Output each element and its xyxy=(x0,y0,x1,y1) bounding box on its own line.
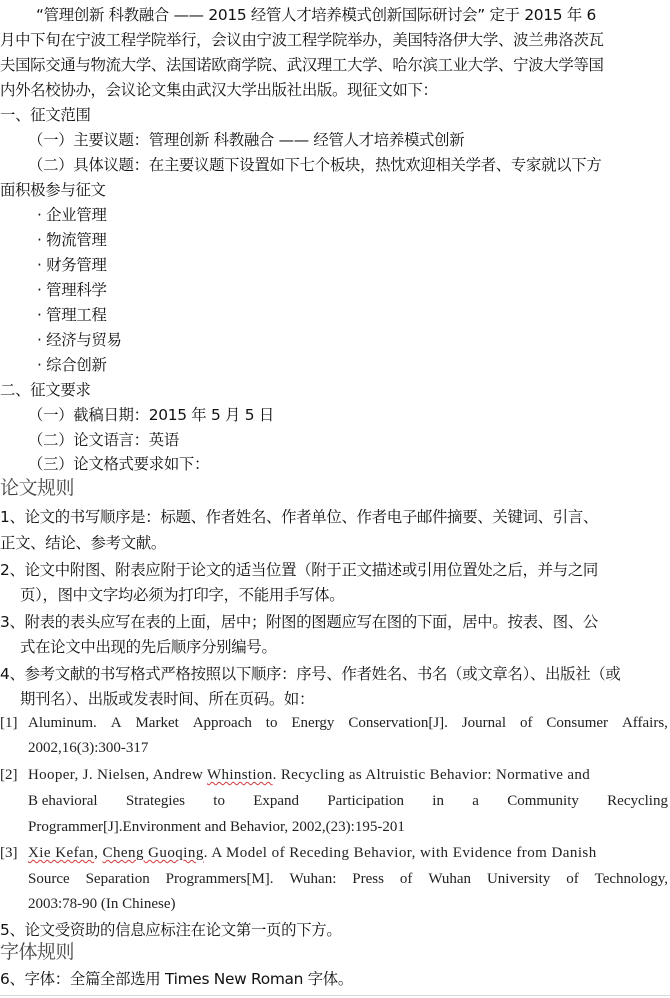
main-topic: （一）主要议题：管理创新 科教融合 —— 经管人才培养模式创新 xyxy=(28,130,464,150)
rule-5: 5、论文受资助的信息应标注在论文第一页的下方。 xyxy=(0,920,342,940)
specific-topic-line-1: （二）具体议题：在主要议题下设置如下七个板块，热忱欢迎相关学者、专家就以下方 xyxy=(28,155,601,175)
rule-1-line-1: 1、论文的书写顺序是：标题、作者姓名、作者单位、作者电子邮件摘要、关键词、引言、 xyxy=(0,507,598,527)
track-item: · 企业管理 xyxy=(37,205,107,225)
ref-word: Expand xyxy=(253,791,299,811)
rule-6: 6、字体：全篇全部选用 Times New Roman 字体。 xyxy=(0,969,353,989)
intro-line-4: 内外名校协办，会议论文集由武汉大学出版社出版。现征文如下： xyxy=(0,80,438,100)
spellcheck-flagged-word[interactable]: Cheng Guoqing xyxy=(103,845,204,861)
language: （二）论文语言：英语 xyxy=(28,430,179,450)
ref-word: in xyxy=(432,791,444,811)
rule-4-line-1: 4、参考文献的书写格式严格按照以下顺序：序号、作者姓名、书名（或文章名）、出版社… xyxy=(0,664,621,684)
reference-3-line-3: 2003:78-90 (In Chinese) xyxy=(28,894,175,914)
reference-1-line-1: Aluminum. A Market Approach to Energy Co… xyxy=(28,713,668,733)
ref-word: a xyxy=(472,791,479,811)
reference-3-line-2: Source Separation Programmers[M]. Wuhan:… xyxy=(28,869,668,889)
rule-2-line-1: 2、论文中附图、附表应附于论文的适当位置（附于正文描述或引用位置处之后，并与之同 xyxy=(0,560,598,580)
deadline: （一）截稿日期：2015 年 5 月 5 日 xyxy=(28,405,274,425)
ref-word: to xyxy=(213,791,225,811)
ref-text: . A Model of Receding Behavior, with Evi… xyxy=(204,845,597,861)
reference-2-line-3: Programmer[J].Environment and Behavior, … xyxy=(28,817,405,837)
section2-title: 二、征文要求 xyxy=(0,380,91,400)
ref-word: Approach xyxy=(193,713,252,733)
ref-text: , xyxy=(94,845,102,861)
track-item: · 综合创新 xyxy=(37,355,107,375)
spellcheck-flagged-word[interactable]: Whinstion xyxy=(207,767,273,783)
font-rules-heading: 字体规则 xyxy=(0,941,74,963)
ref-word: Separation xyxy=(86,869,150,889)
rule-1-line-2: 正文、结论、参考文献。 xyxy=(0,533,166,553)
section1-title: 一、征文范围 xyxy=(0,105,91,125)
ref-word: Programmers[M]. xyxy=(166,869,274,889)
ref-word: to xyxy=(266,713,278,733)
rule-3-line-2: 式在论文中出现的先后顺序分别编号。 xyxy=(20,637,277,657)
ref-word: of xyxy=(566,869,579,889)
ref-word: Participation xyxy=(327,791,404,811)
ref-word: Market xyxy=(135,713,178,733)
ref-word: Aluminum. xyxy=(28,713,97,733)
track-item: · 财务管理 xyxy=(37,255,107,275)
track-item: · 物流管理 xyxy=(37,230,107,250)
track-item: · 管理科学 xyxy=(37,280,107,300)
reference-2-line-2: B ehavioral Strategies to Expand Partici… xyxy=(28,791,668,811)
intro-line-3: 夫国际交通与物流大学、法国诺欧商学院、武汉理工大学、哈尔滨工业大学、宁波大学等国 xyxy=(0,55,604,75)
ref-word: Consumer xyxy=(546,713,608,733)
reference-1-line-2: 2002,16(3):300-317 xyxy=(28,738,148,758)
ref-word: A xyxy=(111,713,122,733)
track-item: · 管理工程 xyxy=(37,305,107,325)
reference-3-line-1: Xie Kefan, Cheng Guoqing. A Model of Rec… xyxy=(28,843,597,863)
format-requirements: （三）论文格式要求如下： xyxy=(28,454,209,474)
intro-line-2: 月中下旬在宁波工程学院举行，会议由宁波工程学院举办，美国特洛伊大学、波兰弗洛茨瓦 xyxy=(0,30,604,50)
ref-text: . Recycling as Altruistic Behavior: Norm… xyxy=(273,767,591,783)
reference-number: [2] xyxy=(0,765,18,785)
ref-word: Energy xyxy=(291,713,334,733)
page-bottom-divider xyxy=(0,995,670,996)
spellcheck-flagged-word[interactable]: Xie Kefan xyxy=(28,845,94,861)
rule-2-line-2: 页），图中文字均必须为打印字，不能用手写体。 xyxy=(20,585,344,605)
reference-2-line-1: Hooper, J. Nielsen, Andrew Whinstion. Re… xyxy=(28,765,590,785)
paper-rules-heading: 论文规则 xyxy=(0,477,74,499)
ref-word: B ehavioral xyxy=(28,791,98,811)
reference-number: [3] xyxy=(0,843,18,863)
ref-word: Wuhan xyxy=(428,869,471,889)
ref-text: Hooper, J. Nielsen, Andrew xyxy=(28,767,207,783)
ref-word: Technology, xyxy=(595,869,668,889)
ref-word: Conservation[J]. xyxy=(348,713,448,733)
ref-word: University xyxy=(487,869,550,889)
ref-word: Journal xyxy=(462,713,506,733)
ref-word: of xyxy=(400,869,413,889)
ref-word: of xyxy=(520,713,533,733)
ref-word: Press xyxy=(352,869,384,889)
ref-word: Source xyxy=(28,869,70,889)
ref-word: Recycling xyxy=(607,791,668,811)
rule-3-line-1: 3、附表的表头应写在表的上面，居中；附图的图题应写在图的下面，居中。按表、图、公 xyxy=(0,612,598,632)
ref-word: Affairs, xyxy=(622,713,668,733)
track-item: · 经济与贸易 xyxy=(37,330,122,350)
reference-number: [1] xyxy=(0,713,18,733)
specific-topic-line-2: 面积极参与征文 xyxy=(0,180,106,200)
rule-4-line-2: 期刊名）、出版或发表时间、所在页码。如： xyxy=(20,689,314,709)
ref-word: Wuhan: xyxy=(289,869,336,889)
ref-word: Strategies xyxy=(126,791,185,811)
intro-line-1: “管理创新 科教融合 —— 2015 经管人才培养模式创新国际研讨会” 定于 2… xyxy=(36,5,596,25)
ref-word: Community xyxy=(507,791,579,811)
